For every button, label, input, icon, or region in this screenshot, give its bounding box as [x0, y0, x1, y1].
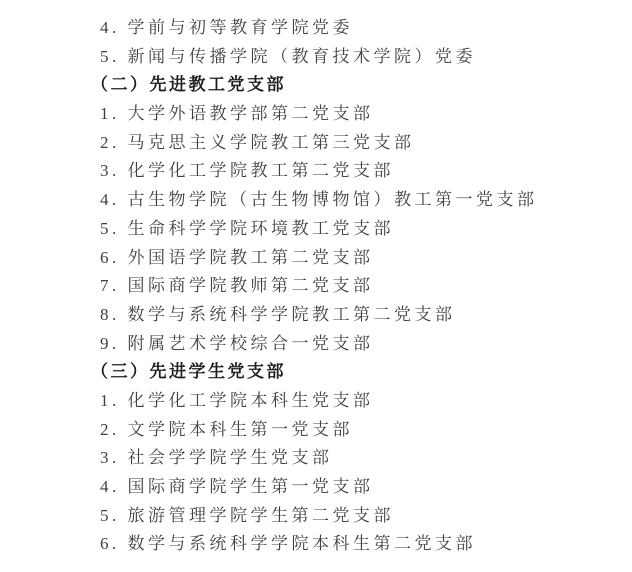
- list-item: 2. 文学院本科生第一党支部: [100, 416, 538, 445]
- list-item: 1. 大学外语教学部第二党支部: [100, 100, 538, 129]
- list-item: 4. 国际商学院学生第一党支部: [100, 473, 538, 502]
- list-item: 2. 马克思主义学院教工第三党支部: [100, 129, 538, 158]
- list-item: 7. 国际商学院教师第二党支部: [100, 272, 538, 301]
- document-page: 4. 学前与初等教育学院党委 5. 新闻与传播学院（教育技术学院）党委 （二）先…: [0, 0, 632, 572]
- list-item: 1. 化学化工学院本科生党支部: [100, 387, 538, 416]
- list-item: 6. 数学与系统科学学院本科生第二党支部: [100, 530, 538, 559]
- list-item: 4. 学前与初等教育学院党委: [100, 14, 538, 43]
- list-item: 9. 附属艺术学校综合一党支部: [100, 330, 538, 359]
- text-block: 4. 学前与初等教育学院党委 5. 新闻与传播学院（教育技术学院）党委 （二）先…: [100, 14, 538, 559]
- list-item: 5. 新闻与传播学院（教育技术学院）党委: [100, 43, 538, 72]
- list-item: 3. 社会学学院学生党支部: [100, 444, 538, 473]
- list-item: 3. 化学化工学院教工第二党支部: [100, 157, 538, 186]
- list-item: 6. 外国语学院教工第二党支部: [100, 244, 538, 273]
- list-item: 4. 古生物学院（古生物博物馆）教工第一党支部: [100, 186, 538, 215]
- section-heading: （二）先进教工党支部: [91, 71, 538, 100]
- list-item: 5. 生命科学学院环境教工党支部: [100, 215, 538, 244]
- list-item: 8. 数学与系统科学学院教工第二党支部: [100, 301, 538, 330]
- section-heading: （三）先进学生党支部: [91, 358, 538, 387]
- list-item: 5. 旅游管理学院学生第二党支部: [100, 502, 538, 531]
